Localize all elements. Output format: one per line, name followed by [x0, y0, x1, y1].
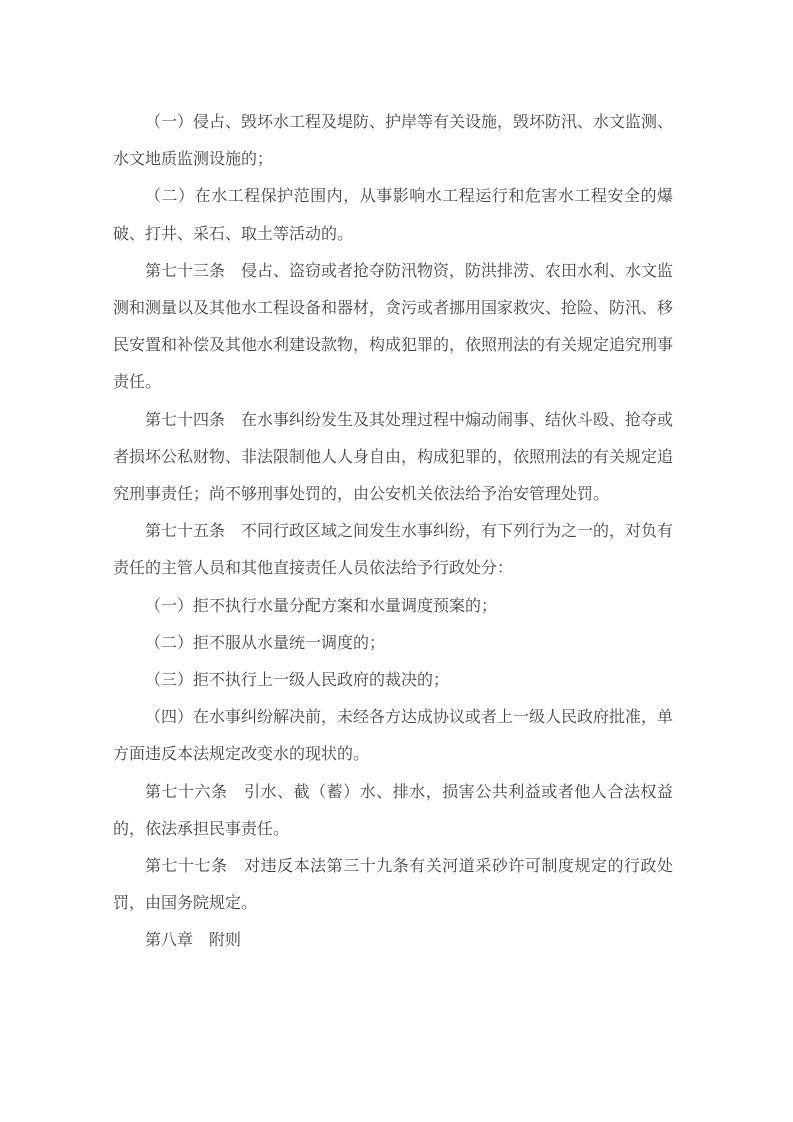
paragraph: （三）拒不执行上一级人民政府的裁决的； — [113, 662, 673, 699]
document-page: （一）侵占、毁坏水工程及堤防、护岸等有关设施，毁坏防汛、水文监测、水文地质监测设… — [0, 0, 793, 1122]
paragraph: 第七十五条 不同行政区域之间发生水事纠纷，有下列行为之一的，对负有责任的主管人员… — [113, 513, 673, 587]
paragraph: （四）在水事纠纷解决前，未经各方达成协议或者上一级人民政府批准，单方面违反本法规… — [113, 699, 673, 773]
paragraph: 第七十三条 侵占、盗窃或者抢夺防汛物资，防洪排涝、农田水利、水文监测和测量以及其… — [113, 253, 673, 402]
paragraph: （一）侵占、毁坏水工程及堤防、护岸等有关设施，毁坏防汛、水文监测、水文地质监测设… — [113, 104, 673, 178]
paragraph: 第七十六条 引水、截（蓄）水、排水，损害公共利益或者他人合法权益的，依法承担民事… — [113, 774, 673, 848]
chapter-heading: 第八章 附则 — [113, 922, 673, 959]
paragraph: （二）拒不服从水量统一调度的； — [113, 625, 673, 662]
paragraph: 第七十四条 在水事纠纷发生及其处理过程中煽动闹事、结伙斗殴、抢夺或者损坏公私财物… — [113, 402, 673, 514]
paragraph: （一）拒不执行水量分配方案和水量调度预案的； — [113, 588, 673, 625]
document-content: （一）侵占、毁坏水工程及堤防、护岸等有关设施，毁坏防汛、水文监测、水文地质监测设… — [113, 104, 673, 960]
paragraph: （二）在水工程保护范围内，从事影响水工程运行和危害水工程安全的爆破、打井、采石、… — [113, 178, 673, 252]
paragraph: 第七十七条 对违反本法第三十九条有关河道采砂许可制度规定的行政处罚，由国务院规定… — [113, 848, 673, 922]
